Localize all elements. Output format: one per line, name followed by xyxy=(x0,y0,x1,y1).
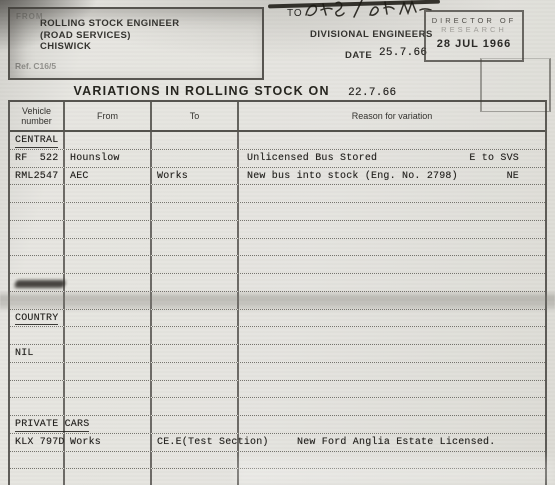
cell-from xyxy=(65,416,152,433)
cell-vehicle xyxy=(10,203,65,220)
cell-vehicle xyxy=(10,292,65,309)
cell-reason xyxy=(239,239,545,256)
to-label: TO xyxy=(287,8,303,19)
cell-reason: Unlicensed Bus StoredE to SVS xyxy=(239,150,545,167)
table-body: CENTRALRF 522HounslowUnlicensed Bus Stor… xyxy=(10,132,545,485)
cell-to xyxy=(152,221,239,238)
table-row xyxy=(10,363,545,381)
cell-reason xyxy=(239,398,545,415)
header-to: To xyxy=(152,102,239,130)
date-label: DATE xyxy=(345,50,372,61)
cell-reason xyxy=(239,274,545,291)
cell-vehicle xyxy=(10,452,65,469)
header-from: From xyxy=(65,102,152,130)
cell-from xyxy=(65,381,152,398)
cell-to xyxy=(152,345,239,362)
table-row: CENTRAL xyxy=(10,132,545,150)
cell-from xyxy=(65,239,152,256)
cell-to xyxy=(152,469,239,485)
header-reason: Reason for variation xyxy=(239,102,545,130)
form-title: VARIATIONS IN ROLLING STOCK ON xyxy=(74,84,330,98)
cell-from: Works xyxy=(65,434,152,451)
cell-reason xyxy=(239,292,545,309)
table-row xyxy=(10,221,545,239)
cell-to xyxy=(152,416,239,433)
table-row xyxy=(10,185,545,203)
received-stamp: DIRECTOR OF RESEARCH 28 JUL 1966 xyxy=(424,10,524,62)
cell-from xyxy=(65,132,152,149)
cell-to xyxy=(152,132,239,149)
cell-reason xyxy=(239,256,545,273)
date-value: 25.7.66 xyxy=(379,47,427,59)
cell-vehicle xyxy=(10,239,65,256)
variations-table: Vehicle number From To Reason for variat… xyxy=(8,100,547,485)
cell-vehicle: CENTRAL xyxy=(10,132,65,149)
cell-from xyxy=(65,292,152,309)
cell-reason xyxy=(239,327,545,344)
sender-line-3: CHISWICK xyxy=(40,41,180,53)
cell-to xyxy=(152,239,239,256)
cell-vehicle xyxy=(10,363,65,380)
cell-to xyxy=(152,310,239,327)
table-row xyxy=(10,381,545,399)
cell-vehicle xyxy=(10,327,65,344)
recipient: DIVISIONAL ENGINEERS xyxy=(310,29,433,40)
cell-to xyxy=(152,203,239,220)
cell-reason xyxy=(239,345,545,362)
cell-reason xyxy=(239,381,545,398)
cell-reason xyxy=(239,203,545,220)
cell-reason xyxy=(239,469,545,485)
cell-reason xyxy=(239,363,545,380)
cell-vehicle xyxy=(10,274,65,291)
table-row: COUNTRY xyxy=(10,310,545,328)
cell-from xyxy=(65,469,152,485)
table-row xyxy=(10,469,545,485)
table-row xyxy=(10,452,545,470)
cell-from xyxy=(65,203,152,220)
section-heading: CENTRAL xyxy=(15,135,58,148)
cell-to: Works xyxy=(152,168,239,185)
section-heading: COUNTRY xyxy=(15,313,58,326)
table-row: PRIVATE CARS xyxy=(10,416,545,434)
cell-reason xyxy=(239,452,545,469)
cell-vehicle: KLX 797D xyxy=(10,434,65,451)
table-row xyxy=(10,274,545,292)
sender-address: ROLLING STOCK ENGINEER (ROAD SERVICES) C… xyxy=(40,18,180,53)
table-row xyxy=(10,292,545,310)
cell-to xyxy=(152,327,239,344)
cell-from xyxy=(65,256,152,273)
cell-from xyxy=(65,452,152,469)
sender-line-1: ROLLING STOCK ENGINEER xyxy=(40,18,180,30)
cell-to xyxy=(152,292,239,309)
scanned-form-page: FROM ROLLING STOCK ENGINEER (ROAD SERVIC… xyxy=(0,0,555,485)
reason-code: NE xyxy=(507,171,519,185)
table-row: NIL xyxy=(10,345,545,363)
cell-from xyxy=(65,345,152,362)
cell-from xyxy=(65,274,152,291)
stamp-date: 28 JUL 1966 xyxy=(426,38,522,50)
cell-vehicle: RF 522 xyxy=(10,150,65,167)
table-row xyxy=(10,256,545,274)
cell-reason xyxy=(239,132,545,149)
cell-vehicle: PRIVATE CARS xyxy=(10,416,65,433)
form-title-date: 22.7.66 xyxy=(348,87,396,99)
cell-reason xyxy=(239,221,545,238)
reason-text: Unlicensed Bus Stored xyxy=(247,153,377,167)
cell-to: CE.E(Test Section) xyxy=(152,434,239,451)
cell-to xyxy=(152,381,239,398)
table-row: RML2547AECWorksNew bus into stock (Eng. … xyxy=(10,168,545,186)
cell-to xyxy=(152,363,239,380)
reason-code: E to SVS xyxy=(469,153,519,167)
cell-to xyxy=(152,150,239,167)
table-row xyxy=(10,239,545,257)
cell-from xyxy=(65,185,152,202)
reference-number: Ref. C16/5 xyxy=(15,61,56,71)
smudge-artifact xyxy=(14,280,66,288)
header-vehicle-number: Vehicle number xyxy=(10,102,65,130)
table-row xyxy=(10,327,545,345)
cell-reason: New bus into stock (Eng. No. 2798)NE xyxy=(239,168,545,185)
cell-vehicle xyxy=(10,185,65,202)
handwritten-annotation xyxy=(298,0,443,24)
sender-line-2: (ROAD SERVICES) xyxy=(40,30,180,42)
cell-vehicle: RML2547 xyxy=(10,168,65,185)
cell-vehicle xyxy=(10,221,65,238)
cell-from xyxy=(65,221,152,238)
cell-vehicle xyxy=(10,398,65,415)
table-row: RF 522HounslowUnlicensed Bus StoredE to … xyxy=(10,150,545,168)
cell-reason xyxy=(239,185,545,202)
sender-box: FROM ROLLING STOCK ENGINEER (ROAD SERVIC… xyxy=(8,7,264,80)
cell-to xyxy=(152,274,239,291)
cell-vehicle: NIL xyxy=(10,345,65,362)
table-row: KLX 797DWorksCE.E(Test Section)New Ford … xyxy=(10,434,545,452)
cell-from xyxy=(65,327,152,344)
cell-vehicle xyxy=(10,256,65,273)
cell-reason xyxy=(239,310,545,327)
reason-text: New bus into stock (Eng. No. 2798) xyxy=(247,171,458,185)
table-row xyxy=(10,203,545,221)
stamp-office-line-2: RESEARCH xyxy=(426,25,522,34)
cell-from xyxy=(65,310,152,327)
form-title-row: VARIATIONS IN ROLLING STOCK ON 22.7.66 xyxy=(0,82,470,100)
cell-reason: New Ford Anglia Estate Licensed. xyxy=(239,434,545,451)
cell-to xyxy=(152,185,239,202)
cell-from xyxy=(65,363,152,380)
table-row xyxy=(10,398,545,416)
reason-text: New Ford Anglia Estate Licensed. xyxy=(297,437,495,451)
stamp-office-line-1: DIRECTOR OF xyxy=(426,16,522,25)
cell-from: Hounslow xyxy=(65,150,152,167)
cell-from: AEC xyxy=(65,168,152,185)
cell-from xyxy=(65,398,152,415)
cell-reason xyxy=(239,416,545,433)
cell-to xyxy=(152,256,239,273)
cell-vehicle xyxy=(10,381,65,398)
cell-vehicle: COUNTRY xyxy=(10,310,65,327)
cell-to xyxy=(152,452,239,469)
cell-vehicle xyxy=(10,469,65,485)
table-header-row: Vehicle number From To Reason for variat… xyxy=(10,102,545,132)
cell-to xyxy=(152,398,239,415)
